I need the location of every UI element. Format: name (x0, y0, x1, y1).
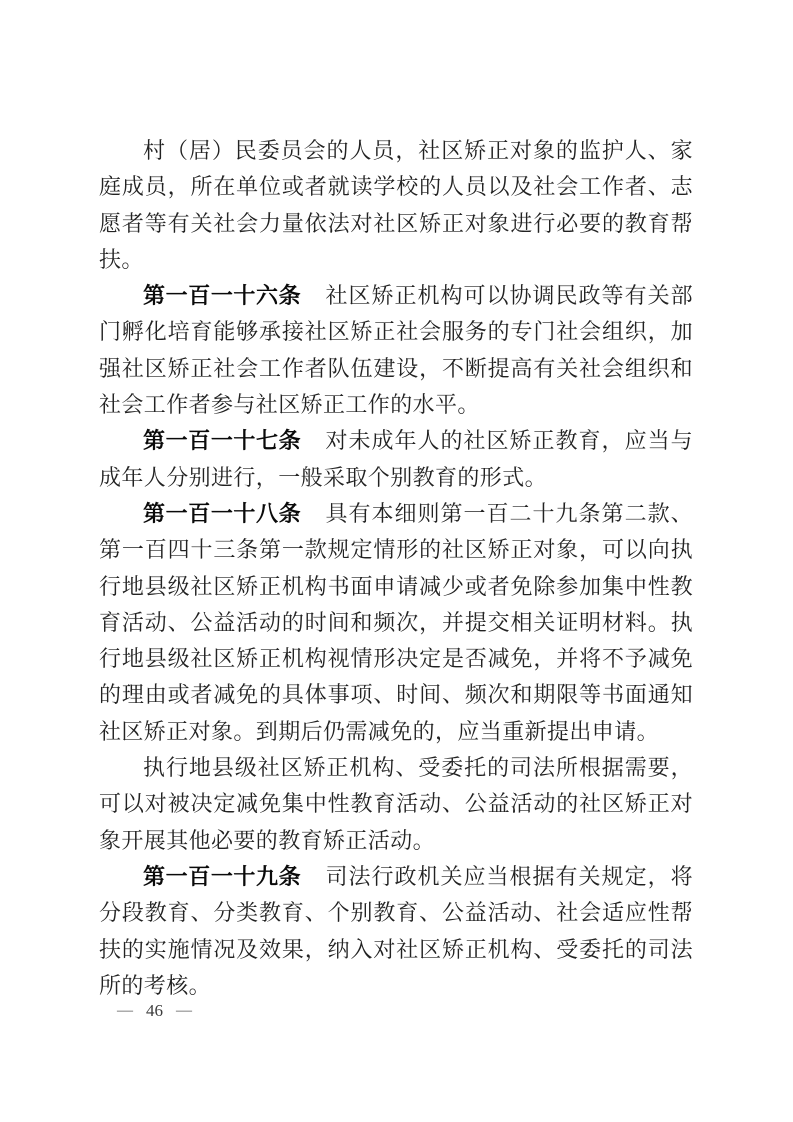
paragraph: 执行地县级社区矫正机构、受委托的司法所根据需要，可以对被决定减免集中性教育活动、… (99, 750, 693, 859)
paragraph: 村（居）民委员会的人员，社区矫正对象的监护人、家庭成员，所在单位或者就读学校的人… (99, 133, 693, 278)
paragraph: 第一百一十八条具有本细则第一百二十九条第二款、第一百四十三条第一款规定情形的社区… (99, 496, 693, 750)
paragraph: 第一百一十六条社区矫正机构可以协调民政等有关部门孵化培育能够承接社区矫正社会服务… (99, 278, 693, 423)
paragraph: 第一百一十七条对未成年人的社区矫正教育，应当与成年人分别进行，一般采取个别教育的… (99, 423, 693, 496)
paragraph-text: 具有本细则第一百二十九条第二款、第一百四十三条第一款规定情形的社区矫正对象，可以… (99, 501, 693, 744)
paragraph-text: 执行地县级社区矫正机构、受委托的司法所根据需要，可以对被决定减免集中性教育活动、… (99, 755, 693, 853)
article-number: 第一百一十八条 (143, 501, 301, 526)
document-page: 村（居）民委员会的人员，社区矫正对象的监护人、家庭成员，所在单位或者就读学校的人… (0, 0, 793, 1122)
document-body: 村（居）民委员会的人员，社区矫正对象的监护人、家庭成员，所在单位或者就读学校的人… (99, 133, 693, 1004)
page-footer: — 46 — (117, 1000, 192, 1022)
footer-dash-right: — (176, 1002, 192, 1020)
paragraph: 第一百一十九条司法行政机关应当根据有关规定，将分段教育、分类教育、个别教育、公益… (99, 859, 693, 1004)
page-number: 46 (146, 1001, 163, 1021)
article-number: 第一百一十六条 (143, 283, 301, 308)
article-number: 第一百一十九条 (143, 864, 301, 889)
footer-dash-left: — (117, 1002, 133, 1020)
paragraph-text: 村（居）民委员会的人员，社区矫正对象的监护人、家庭成员，所在单位或者就读学校的人… (99, 138, 693, 272)
article-number: 第一百一十七条 (143, 428, 301, 453)
